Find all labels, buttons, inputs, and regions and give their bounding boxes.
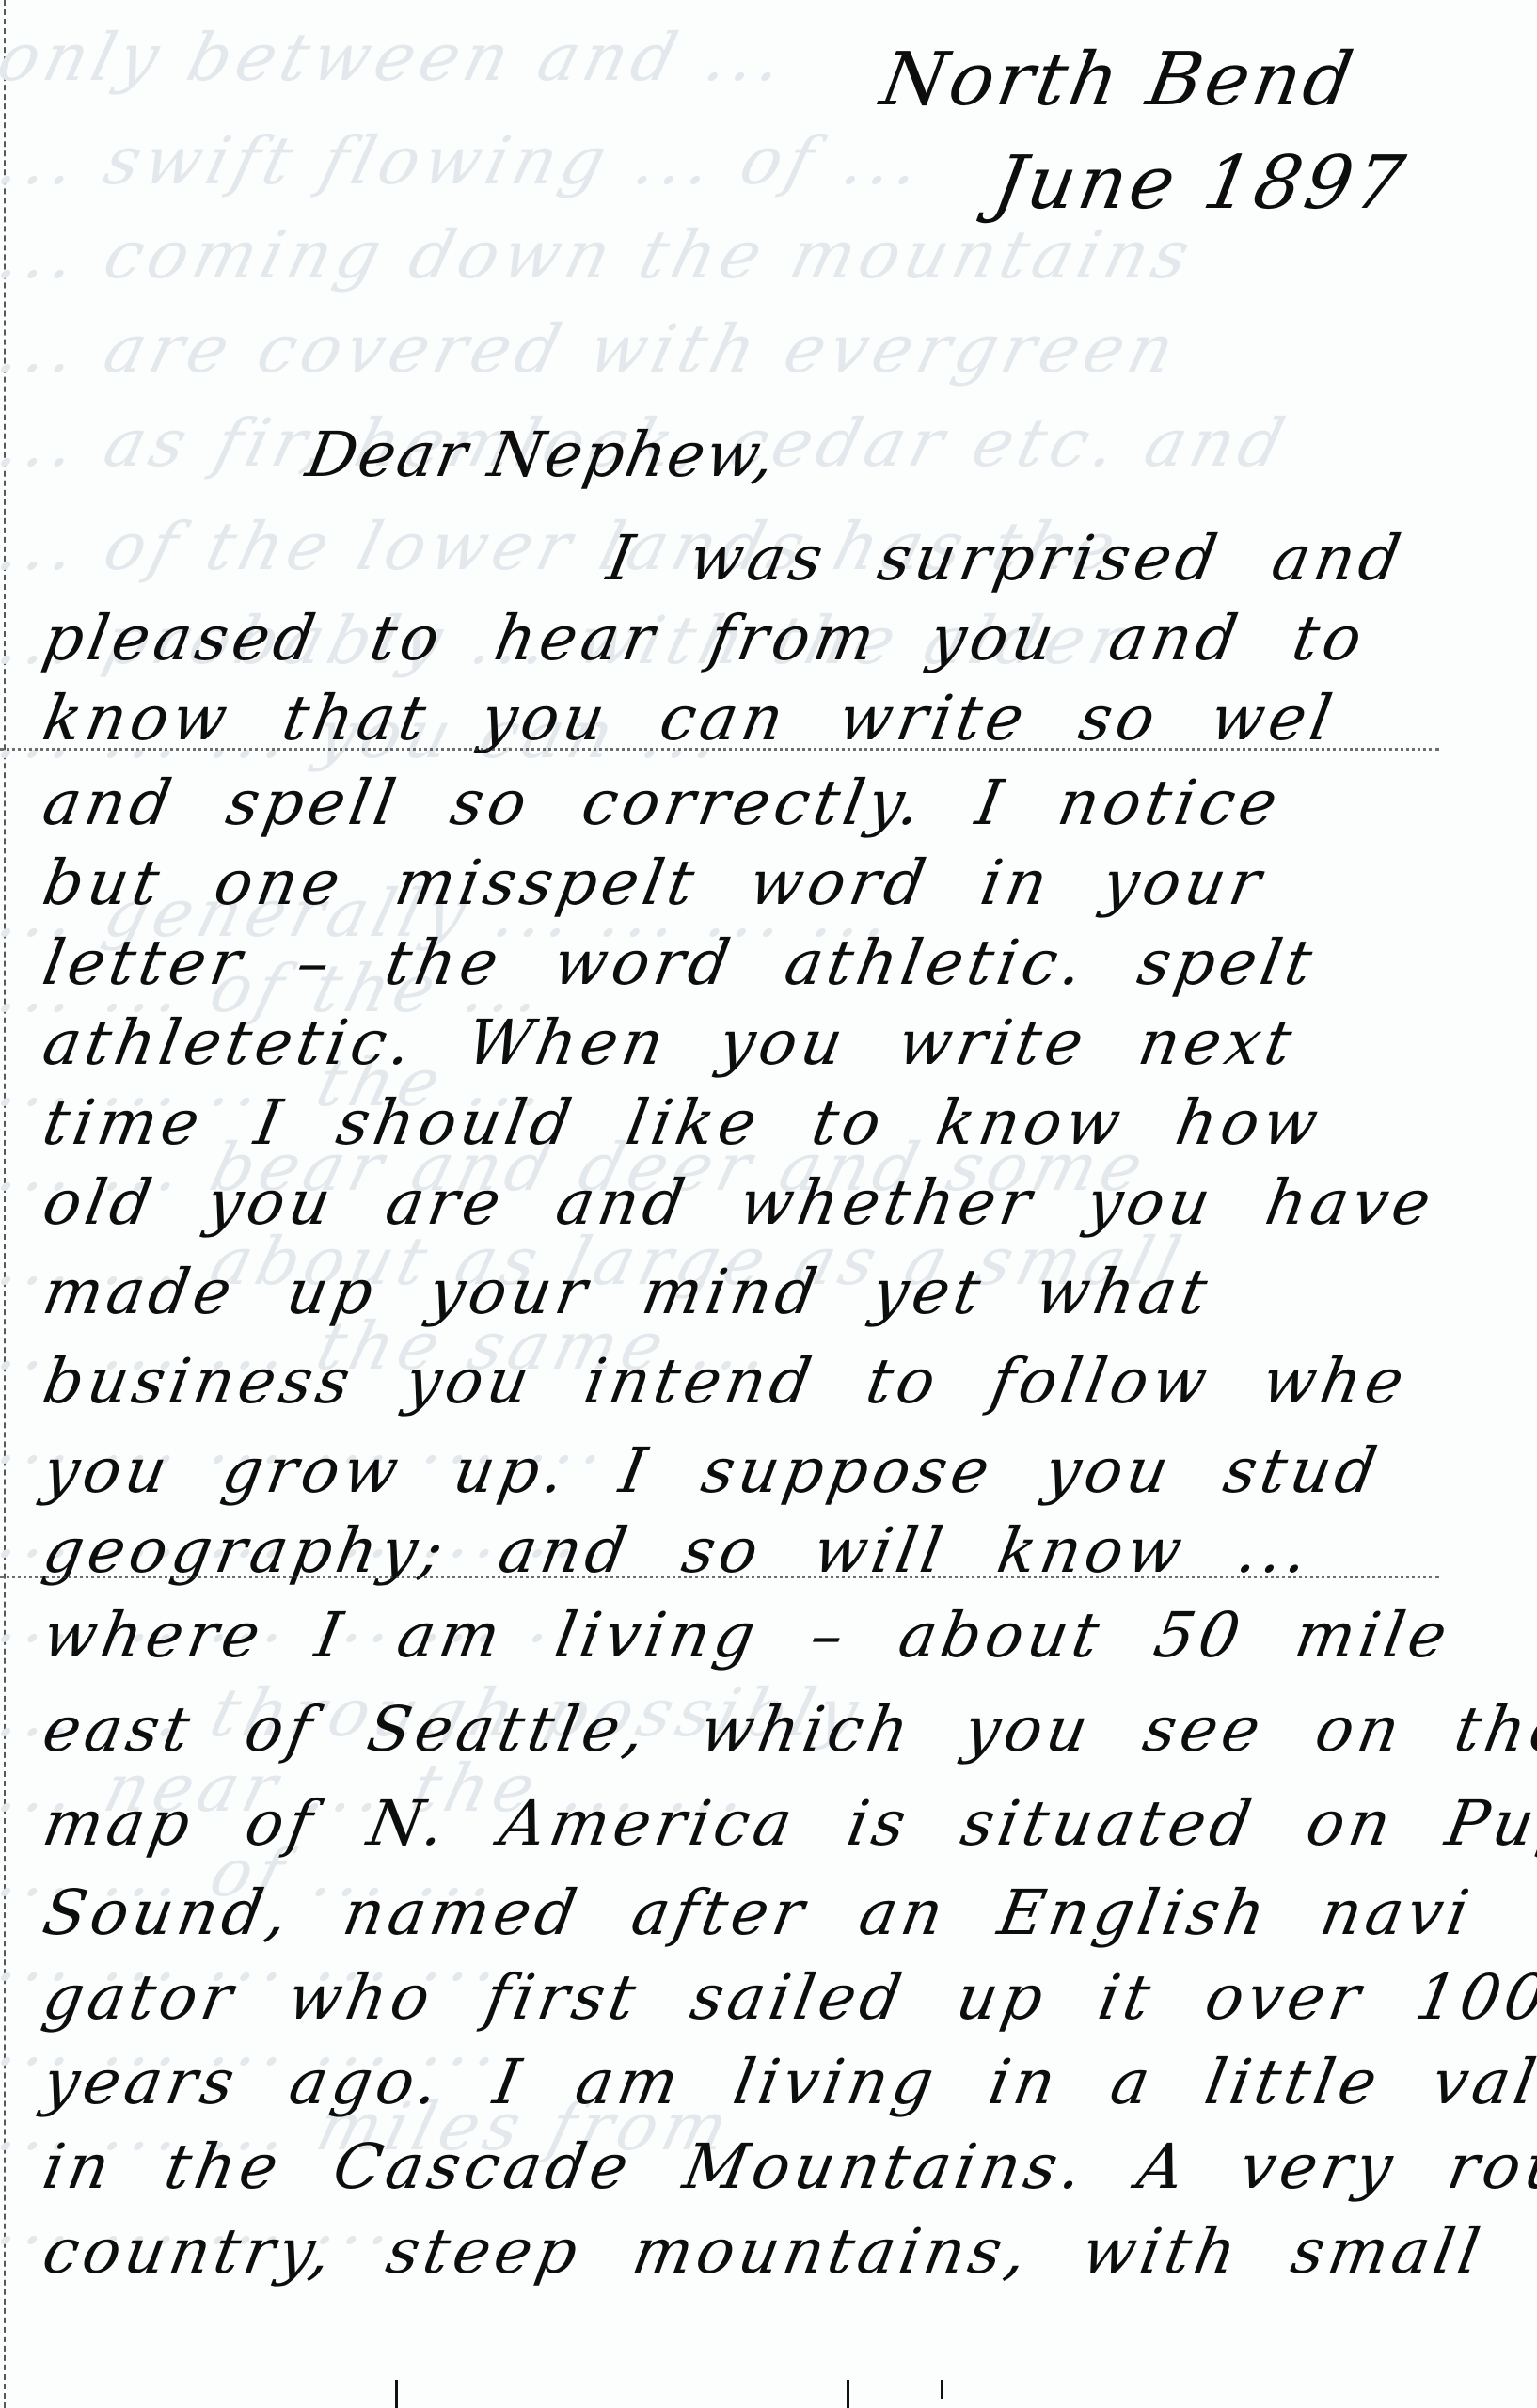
ghost-line: ... coming down the mountains: [0, 216, 1203, 293]
letter-line: letter – the word athletic. spelt: [38, 927, 1322, 999]
letter-line: know that you can write so wel: [38, 682, 1341, 754]
letter-line: map of N. America is situated on Pug: [38, 1787, 1537, 1860]
letter-line: and spell so correctly. I notice: [38, 767, 1287, 839]
letter-page: only between and ... ... swift flowing .…: [0, 0, 1537, 2408]
letter-place: North Bend: [875, 38, 1362, 122]
fold-line: [0, 1576, 1439, 1578]
letter-line: I was surprised and: [602, 522, 1410, 594]
letter-line: country, steep mountains, with small: [38, 2215, 1490, 2288]
scan-mark: [847, 2380, 849, 2408]
letter-line: but one misspelt word in your: [38, 847, 1271, 919]
scan-mark: [941, 2380, 943, 2399]
letter-line: years ago. I am living in a little val: [38, 2046, 1537, 2118]
letter-line: in the Cascade Mountains. A very rou: [38, 2131, 1537, 2203]
letter-date: June 1897: [988, 141, 1414, 226]
letter-line: you grow up. I suppose you stud: [38, 1434, 1386, 1507]
letter-line: Sound, named after an English navi: [38, 1877, 1479, 1949]
letter-line: pleased to hear from you and to: [38, 602, 1371, 674]
letter-line: gator who first sailed up it over 100: [38, 1961, 1537, 2034]
letter-line: east of Seattle, which you see on the: [38, 1693, 1537, 1766]
letter-line: time I should like to know how: [38, 1086, 1328, 1159]
letter-line: where I am living – about 50 mile: [38, 1599, 1457, 1671]
letter-line: made up your mind yet what: [38, 1256, 1217, 1328]
letter-salutation: Dear Nephew,: [301, 419, 783, 491]
scan-mark: [395, 2380, 398, 2408]
ghost-line: ... swift flowing ... of ...: [0, 122, 934, 199]
letter-line: business you intend to follow whe: [38, 1345, 1414, 1418]
fold-line: [0, 748, 1439, 751]
ghost-line: ... are covered with evergreen: [0, 310, 1187, 388]
letter-line: old you are and whether you have: [38, 1166, 1441, 1239]
letter-line: athletetic. When you write next: [38, 1006, 1302, 1079]
ghost-line: only between and ...: [0, 19, 797, 96]
